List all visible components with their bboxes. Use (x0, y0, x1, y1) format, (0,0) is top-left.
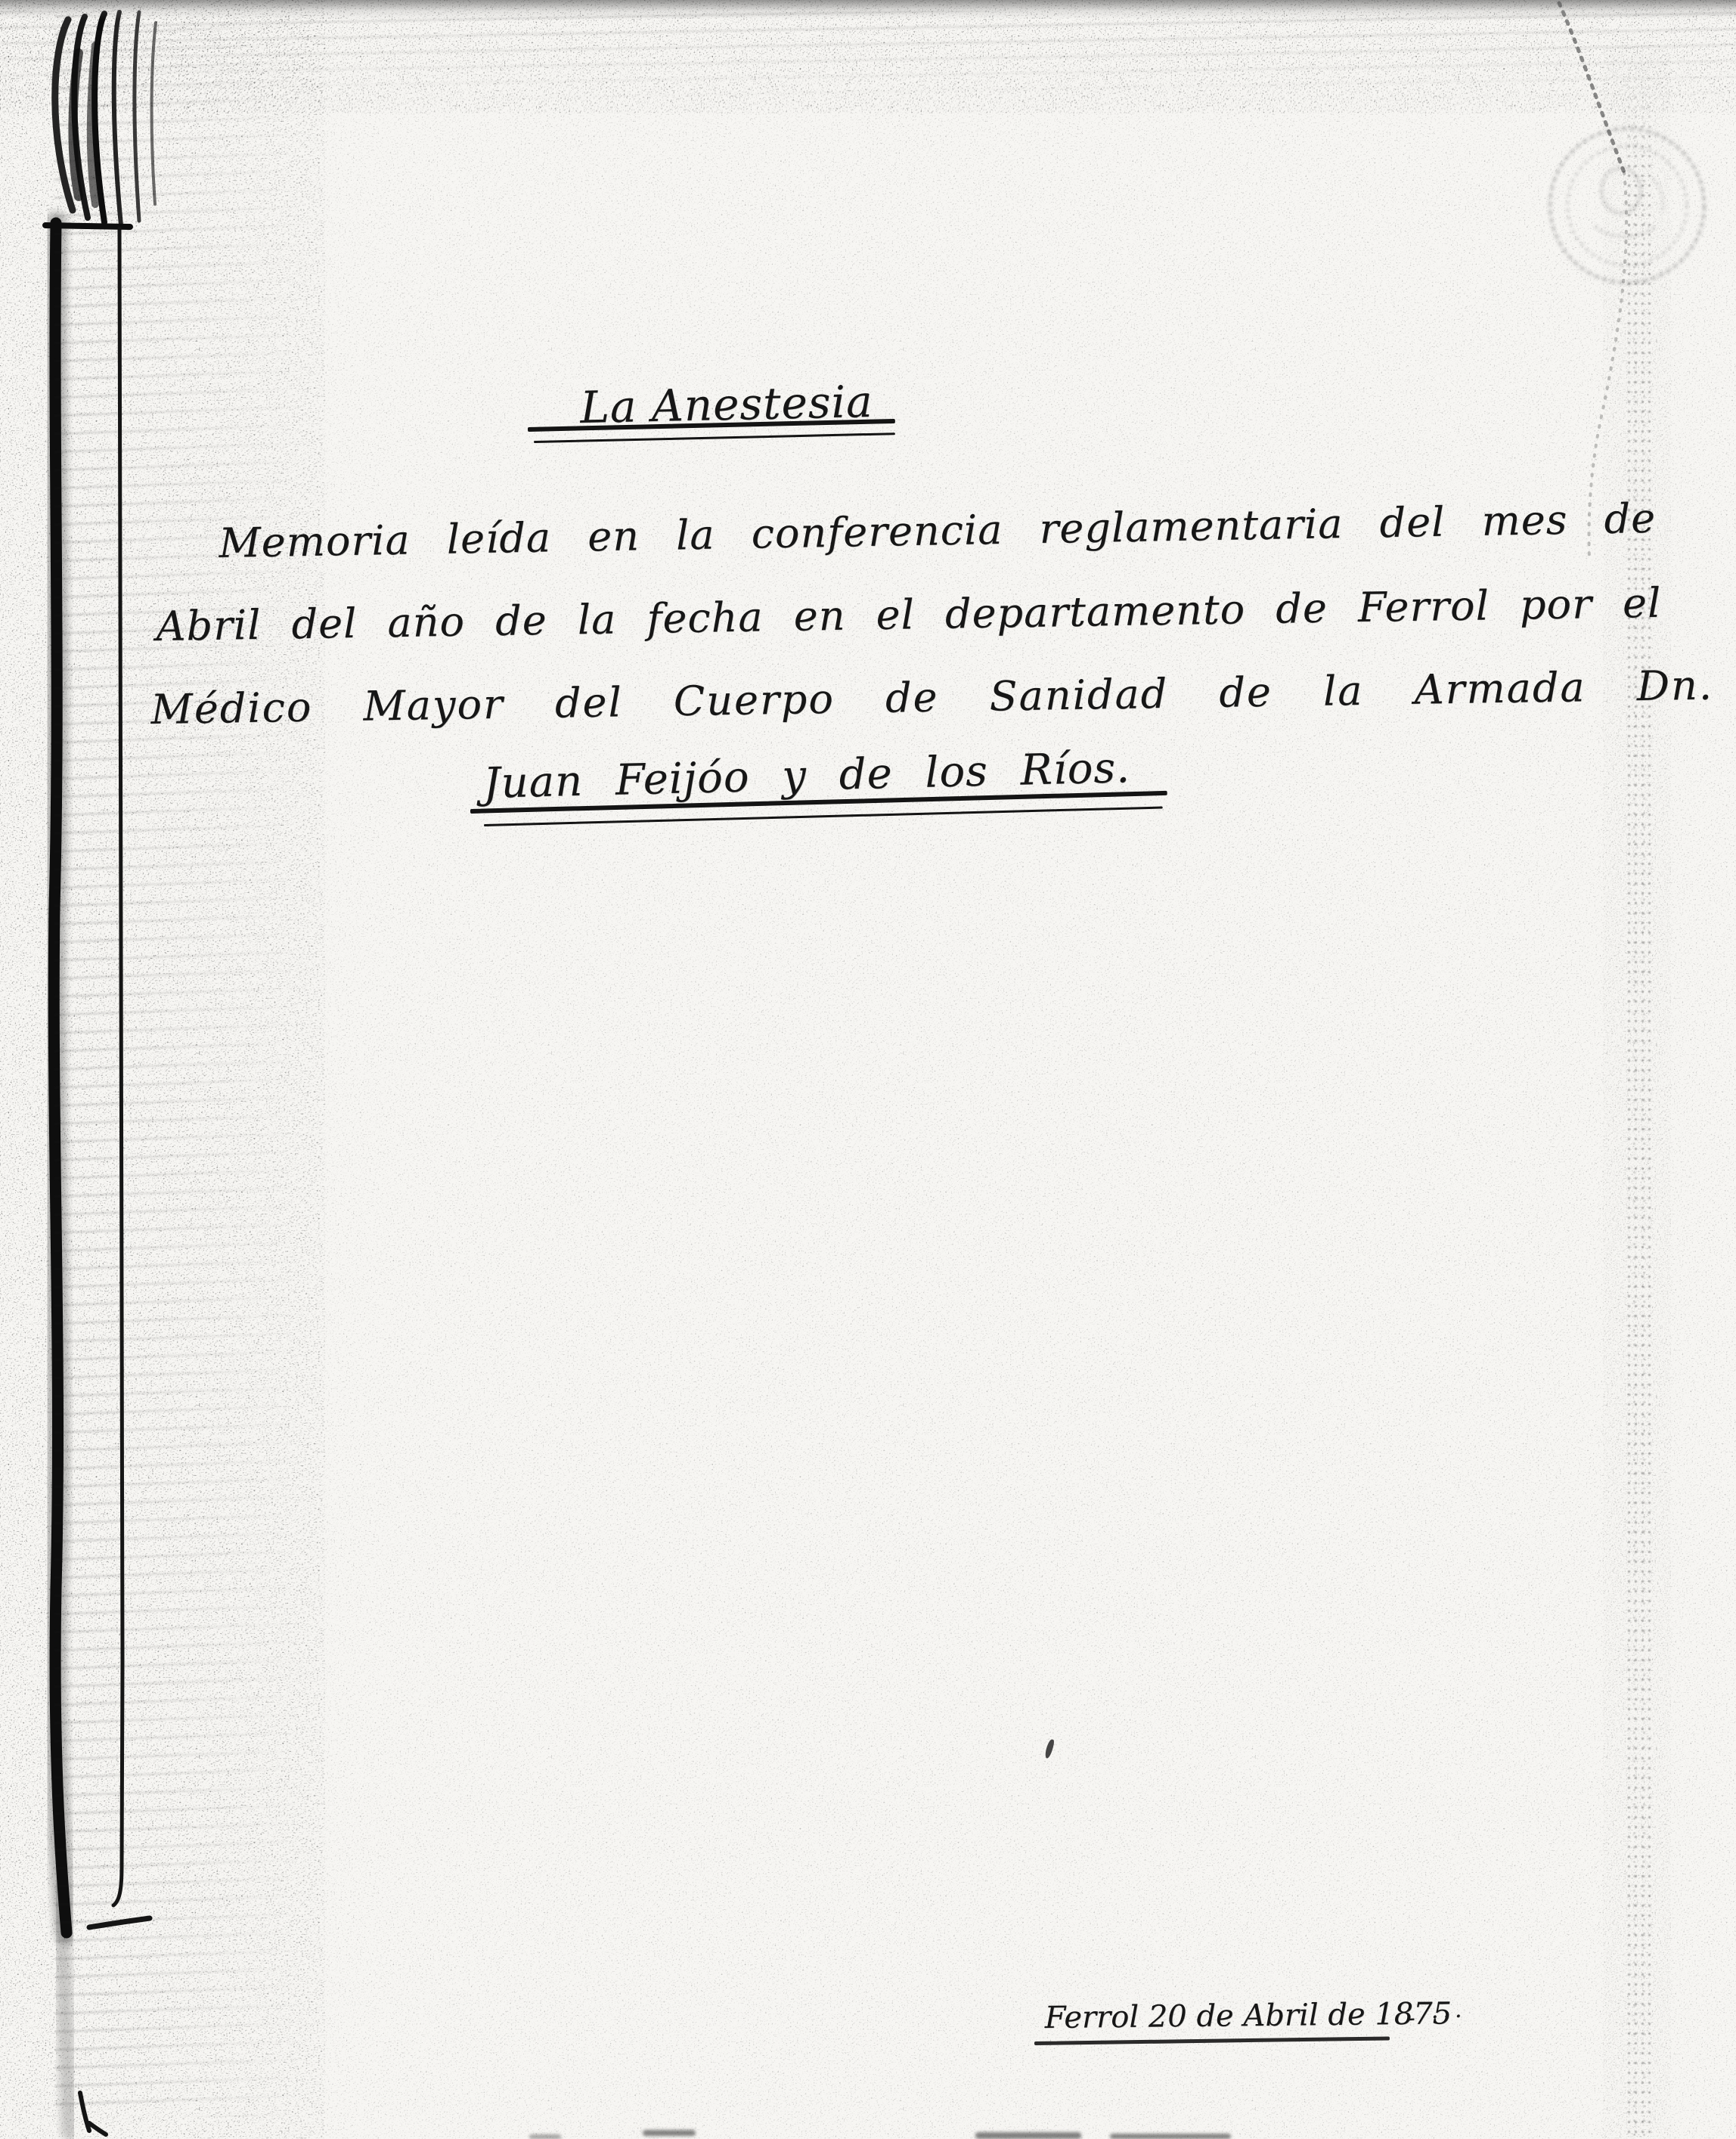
right-page-edge-shadow (1626, 53, 1653, 2139)
bottom-edge-smudge (529, 2134, 561, 2139)
left-bleedthrough-texture (54, 15, 312, 2117)
scanned-manuscript-page: La Anestesia Memoria leída en la confere… (0, 0, 1736, 2139)
body-line-1: Memoria leída en la conferencia reglamen… (219, 494, 1657, 567)
bottom-edge-smudge (643, 2130, 696, 2136)
bottom-edge-smudge (1110, 2134, 1231, 2139)
dateline-underline (1034, 2036, 1390, 2045)
body-line-3: Médico Mayor del Cuerpo de Sanidad de la… (150, 662, 1713, 733)
dateline: Ferrol 20 de Abril de 1875 (1045, 1996, 1452, 2035)
stray-ink-mark (1044, 1738, 1056, 1759)
page-title: La Anestesia (580, 376, 874, 433)
title-underline-bottom (534, 432, 895, 443)
body-line-2: Abril del año de la fecha en el departam… (156, 579, 1662, 650)
bottom-edge-smudge (975, 2132, 1081, 2139)
dateline-flourish: - ··· (1407, 2003, 1467, 2032)
